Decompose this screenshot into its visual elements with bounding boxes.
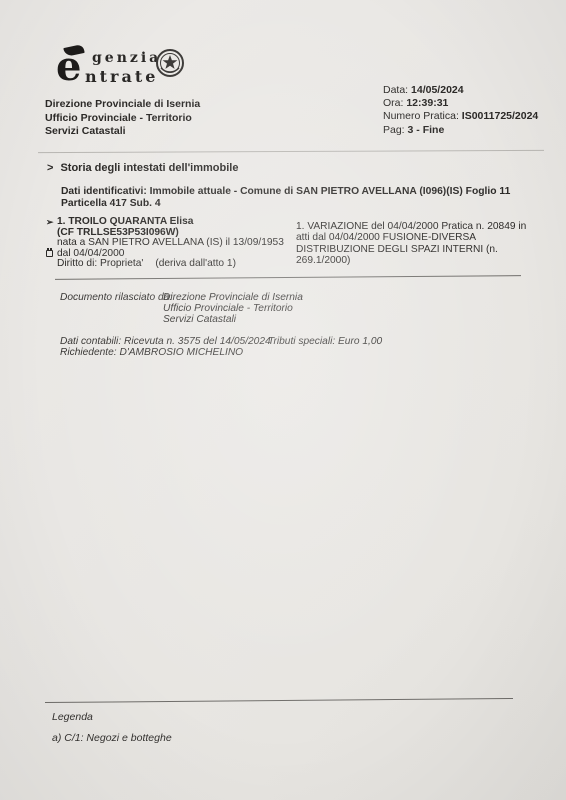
- dati-identificativi: Dati identificativi: Immobile attuale - …: [61, 186, 529, 209]
- office-line: Servizi Catastali: [45, 125, 200, 139]
- logo-text-agenzia: genzia: [92, 50, 161, 66]
- meta-date-value: 14/05/2024: [411, 84, 464, 96]
- agenzia-entrate-logo: e genzia ntrate: [54, 48, 194, 98]
- meta-page-row: Pag: 3 - Fine: [383, 124, 538, 137]
- meta-page-value: 3 - Fine: [408, 124, 445, 136]
- section-title-text: Storia degli intestati dell'immobile: [60, 162, 238, 174]
- calendar-icon: [46, 250, 53, 257]
- meta-date-label: Data:: [383, 84, 408, 96]
- chevron-right-icon: >: [47, 162, 53, 174]
- owner-name: 1. TROILO QUARANTA Elisa: [57, 216, 193, 227]
- issuer-lines: Direzione Provinciale di Isernia Ufficio…: [163, 292, 303, 326]
- issuer-line: Servizi Catastali: [163, 314, 303, 325]
- document-meta: Data: 14/05/2024 Ora: 12:39:31 Numero Pr…: [383, 84, 538, 137]
- legend-item: a) C/1: Negozi e botteghe: [52, 732, 172, 744]
- scanned-document-page: e genzia ntrate Direzione Provinciale di…: [0, 0, 566, 800]
- variazione-text: 1. VARIAZIONE del 04/04/2000 Pratica n. …: [296, 221, 534, 266]
- meta-pratica-row: Numero Pratica: IS0011725/2024: [383, 110, 538, 123]
- meta-time-label: Ora:: [383, 97, 403, 109]
- issuer-line: Ufficio Provinciale - Territorio: [163, 303, 303, 314]
- office-line: Ufficio Provinciale - Territorio: [45, 112, 200, 126]
- owner-right-note: (deriva dall'atto 1): [155, 258, 236, 269]
- owner-birth: nata a SAN PIETRO AVELLANA (IS) il 13/09…: [57, 237, 284, 248]
- section-title: >Storia degli intestati dell'immobile: [47, 162, 238, 174]
- office-line: Direzione Provinciale di Isernia: [45, 98, 200, 112]
- tributi-speciali: Tributi speciali: Euro 1,00: [268, 336, 382, 347]
- meta-pratica-value: IS0011725/2024: [462, 110, 539, 122]
- meta-time-row: Ora: 12:39:31: [383, 97, 538, 110]
- office-header: Direzione Provinciale di Isernia Ufficio…: [45, 98, 200, 139]
- legend-divider: [45, 698, 513, 703]
- meta-pratica-label: Numero Pratica:: [383, 110, 459, 122]
- mid-divider: [55, 275, 521, 280]
- legend-title: Legenda: [52, 711, 93, 723]
- accounting-block: Dati contabili: Ricevuta n. 3575 del 14/…: [60, 336, 271, 359]
- issuer-label: Documento rilasciato da:: [60, 292, 172, 303]
- meta-time-value: 12:39:31: [406, 97, 448, 109]
- dati-contabili: Dati contabili: Ricevuta n. 3575 del 14/…: [60, 336, 271, 347]
- italian-republic-emblem-icon: [155, 48, 185, 83]
- owner-block: ➢1. TROILO QUARANTA Elisa (CF TRLLSE53P5…: [46, 217, 292, 270]
- logo-big-e: e: [56, 48, 81, 86]
- owner-dal: dal 04/04/2000: [57, 248, 124, 259]
- owner-right: Diritto di: Proprieta': [57, 258, 143, 269]
- arrowhead-right-icon: ➢: [46, 217, 54, 228]
- issuer-line: Direzione Provinciale di Isernia: [163, 292, 303, 303]
- owner-cf: (CF TRLLSE53P53I096W): [57, 227, 179, 238]
- meta-date-row: Data: 14/05/2024: [383, 84, 538, 97]
- logo-text-entrate: ntrate: [85, 67, 158, 86]
- meta-page-label: Pag:: [383, 124, 405, 136]
- richiedente: Richiedente: D'AMBROSIO MICHELINO: [60, 347, 271, 358]
- owner-right-row: Diritto di: Proprieta'(deriva dall'atto …: [46, 259, 292, 270]
- header-divider: [38, 150, 544, 153]
